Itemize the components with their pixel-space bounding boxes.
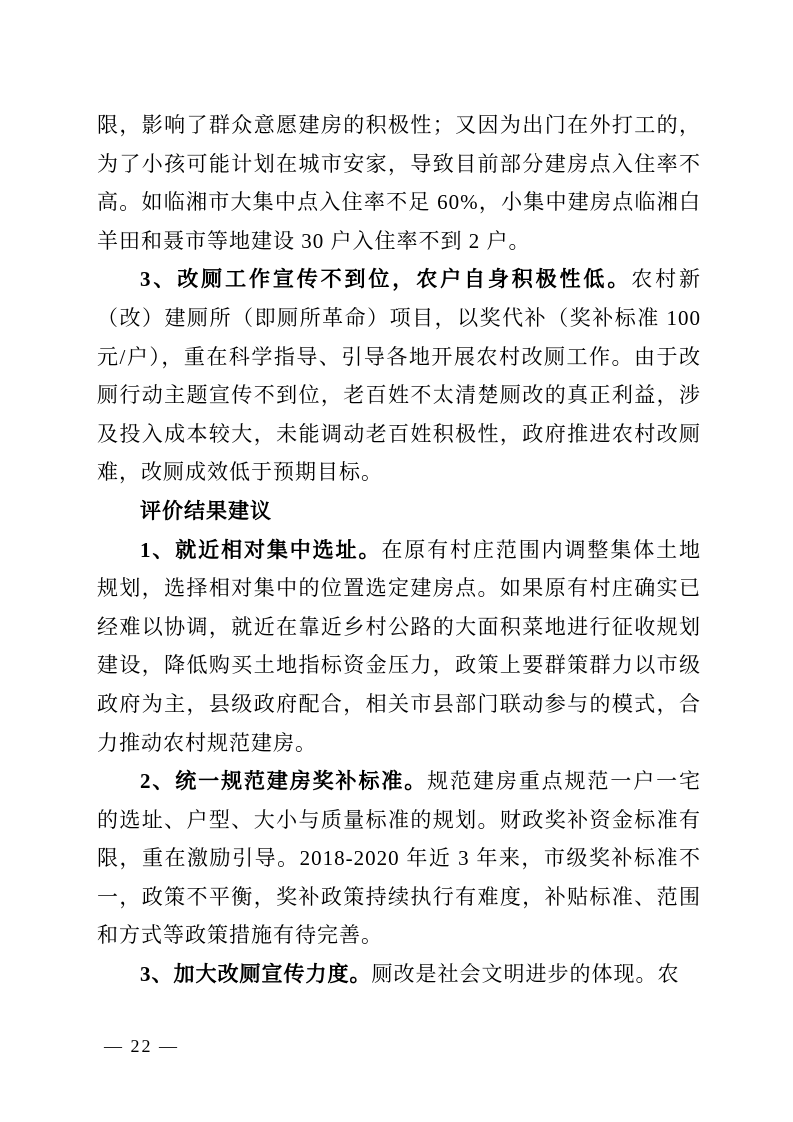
page-number: — 22 — [104,1036,179,1057]
paragraph-lead-bold: 1、就近相对集中选址。 [140,538,381,562]
paragraph-continuation: 限，影响了群众意愿建房的积极性；又因为出门在外打工的，为了小孩可能计划在城市安家… [97,106,701,260]
paragraph-lead-bold: 3、加大改厕宣传力度。 [140,962,372,986]
paragraph-problem-3: 3、改厕工作宣传不到位，农户自身积极性低。农村新（改）建厕所（即厕所革命）项目，… [97,260,701,492]
paragraph-suggestion-2: 2、统一规范建房奖补标准。规范建房重点规范一户一宅的选址、户型、大小与质量标准的… [97,762,701,955]
paragraph-text: 农村新（改）建厕所（即厕所革命）项目，以奖代补（奖补标准 100 元/户），重在… [97,267,701,484]
document-content: 限，影响了群众意愿建房的积极性；又因为出门在外打工的，为了小孩可能计划在城市安家… [97,106,701,994]
section-heading-text: 评价结果建议 [140,499,272,523]
paragraph-text: 厕改是社会文明进步的体现。农 [372,962,680,986]
paragraph-suggestion-1: 1、就近相对集中选址。在原有村庄范围内调整集体土地规划，选择相对集中的位置选定建… [97,531,701,763]
paragraph-lead-bold: 2、统一规范建房奖补标准。 [140,769,427,793]
paragraph-text: 在原有村庄范围内调整集体土地规划，选择相对集中的位置选定建房点。如果原有村庄确实… [97,538,701,755]
paragraph-suggestion-3: 3、加大改厕宣传力度。厕改是社会文明进步的体现。农 [97,955,701,994]
paragraph-lead-bold: 3、改厕工作宣传不到位，农户自身积极性低。 [140,267,631,291]
document-page: 限，影响了群众意愿建房的积极性；又因为出门在外打工的，为了小孩可能计划在城市安家… [0,0,793,1122]
paragraph-text: 规范建房重点规范一户一宅的选址、户型、大小与质量标准的规划。财政奖补资金标准有限… [97,769,701,947]
paragraph-text: 限，影响了群众意愿建房的积极性；又因为出门在外打工的，为了小孩可能计划在城市安家… [97,113,701,253]
section-heading-suggestions: 评价结果建议 [97,492,701,531]
